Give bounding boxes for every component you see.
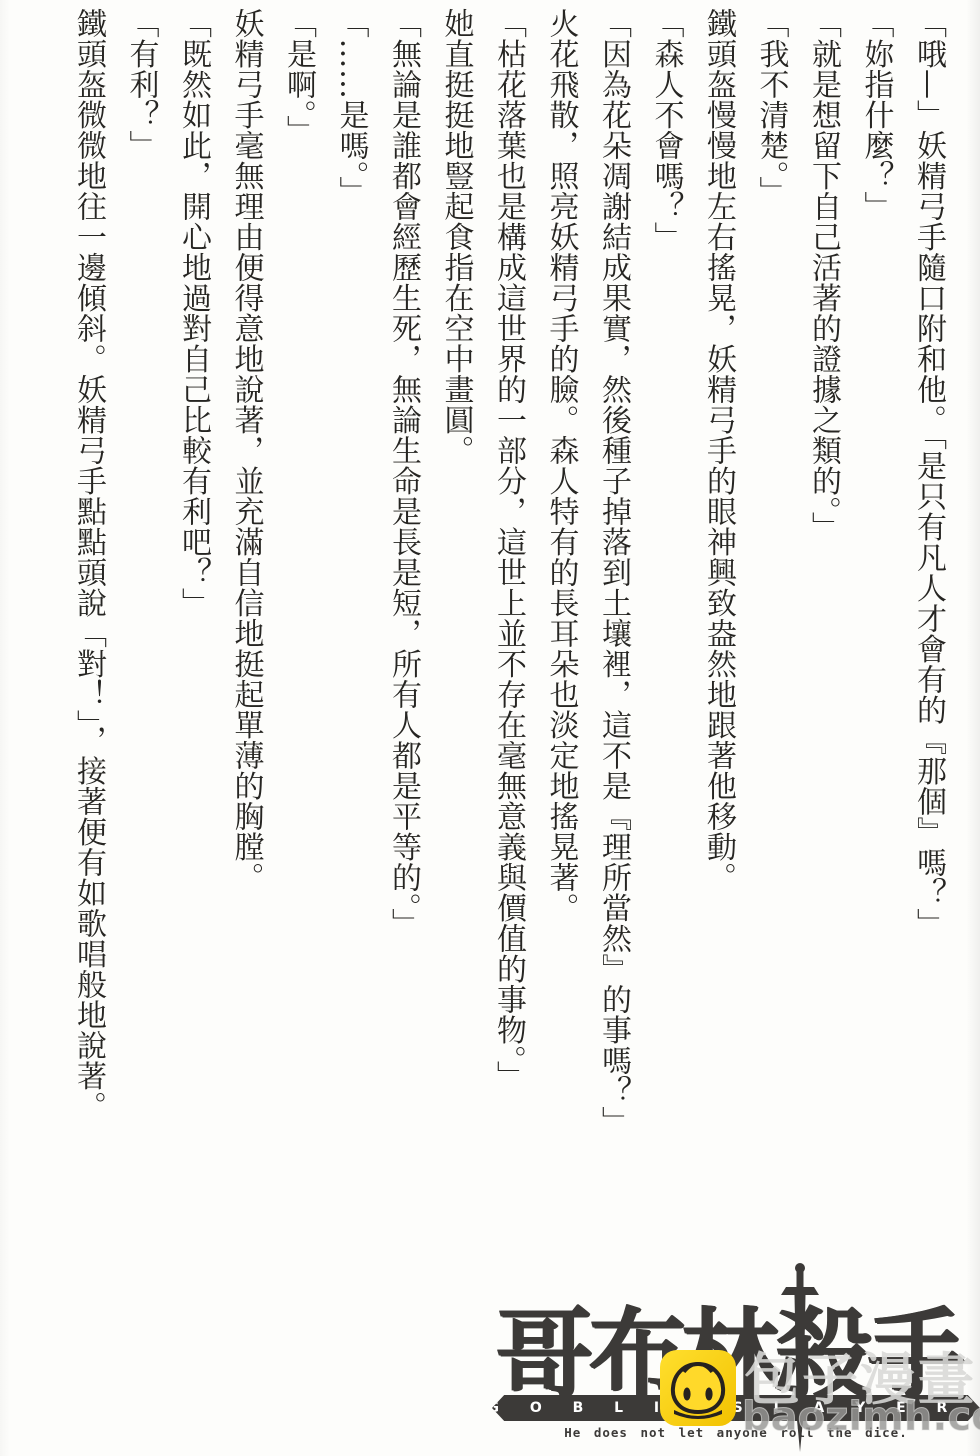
goblin-slayer-logo: 哥布林殺手 G O B L I N S L A Y E R ! He does … — [492, 1262, 980, 1456]
novel-line: 「無論是誰都會經歷生死，無論生命是長是短，所有人都是平等的。」 — [377, 8, 430, 1226]
novel-line: 「因為花朵凋謝結成果實，然後種子掉落到土壤裡，這不是『理所當然』的事嗎？」 — [587, 8, 640, 1226]
novel-line: 妖精弓手毫無理由便得意地說著，並充滿自信地挺起單薄的胸膛。 — [219, 8, 272, 1226]
novel-line: 「……是嗎。」 — [324, 8, 377, 1226]
novel-text-block: 「哦—」妖精弓手隨口附和他。「是只有凡人才會有的『那個』嗎？」 「妳指什麼？」 … — [49, 8, 954, 1226]
logo-tagline: He does not let anyone roll the dice. — [492, 1425, 980, 1440]
novel-line: 「森人不會嗎？」 — [639, 8, 692, 1226]
novel-line: 火花飛散，照亮妖精弓手的臉。森人特有的長耳朵也淡定地搖晃著。 — [534, 8, 587, 1226]
novel-line: 「既然如此，開心地過對自己比較有利吧？」 — [167, 8, 220, 1226]
novel-line: 「我不清楚。」 — [744, 8, 797, 1226]
novel-line: 「妳指什麼？」 — [849, 8, 902, 1226]
logo-title-en: G O B L I N S L A Y E R ! — [474, 1400, 980, 1416]
novel-line: 鐵頭盔慢慢地左右搖晃，妖精弓手的眼神興致盎然地跟著他移動。 — [692, 8, 745, 1226]
novel-line: 「哦—」妖精弓手隨口附和他。「是只有凡人才會有的『那個』嗎？」 — [902, 8, 955, 1226]
novel-line: 「枯花落葉也是構成這世界的一部分，這世上並不存在毫無意義與價值的事物。」 — [482, 8, 535, 1226]
novel-line: 她直挺挺地豎起食指在空中畫圓。 — [429, 8, 482, 1226]
logo-banner: G O B L I N S L A Y E R ! — [492, 1395, 980, 1421]
novel-line: 「有利？」 — [114, 8, 167, 1226]
novel-line: 鐵頭盔微微地往一邊傾斜。妖精弓手點點頭說「對！」，接著便有如歌唱般地說著。 — [62, 8, 115, 1226]
novel-page: 「哦—」妖精弓手隨口附和他。「是只有凡人才會有的『那個』嗎？」 「妳指什麼？」 … — [0, 0, 980, 1456]
novel-line: 「就是想留下自己活著的證據之類的。」 — [797, 8, 850, 1226]
novel-line: 「是啊。」 — [272, 8, 325, 1226]
